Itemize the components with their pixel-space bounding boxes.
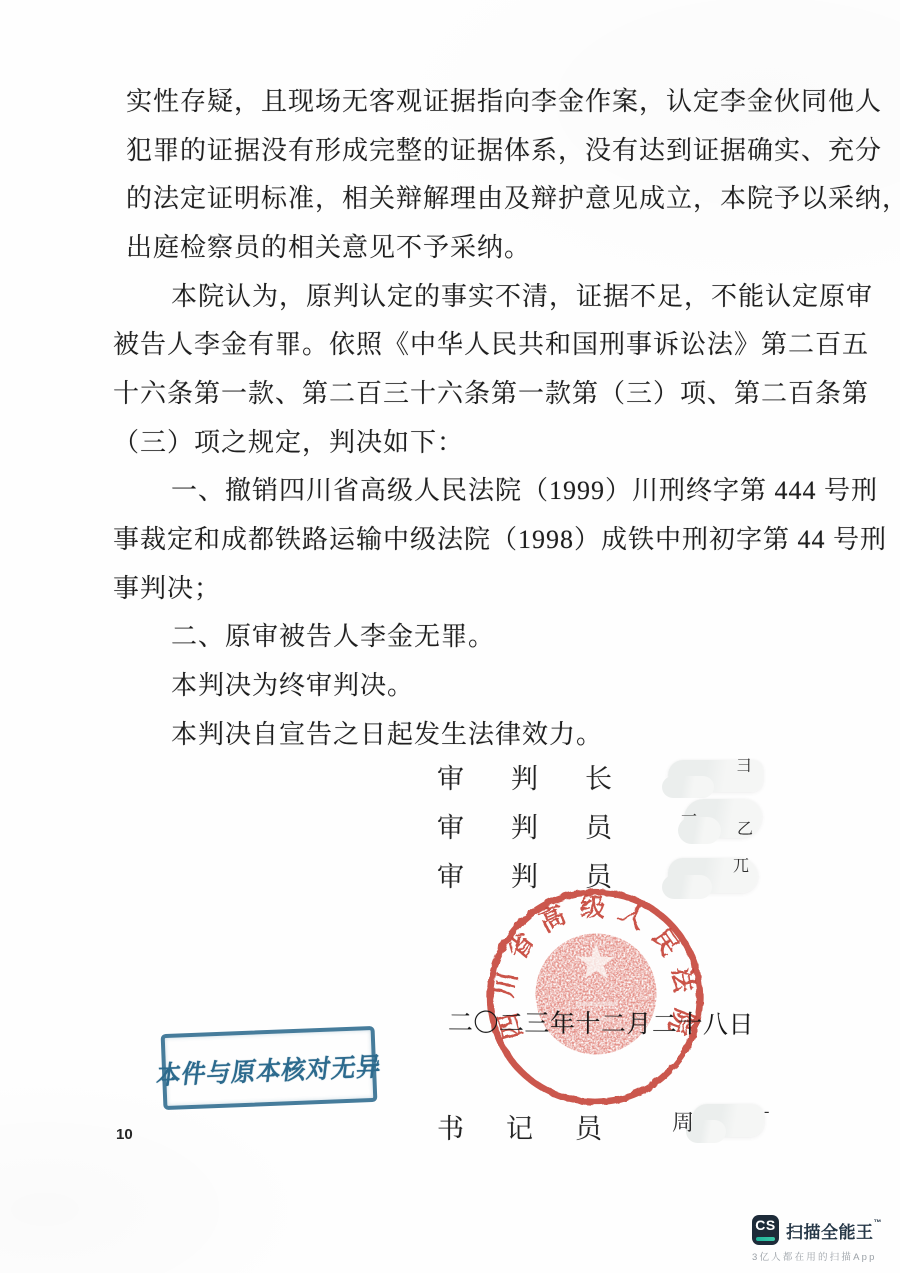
body-line: 十六条第一款、第二百三十六条第一款第（三）项、第二百条第 (113, 367, 873, 416)
verification-stamp: 本件与原本核对无异 (161, 1026, 378, 1110)
clerk-label: 书记员 (437, 1114, 644, 1144)
judgment-body-text: 实性存疑，且现场无客观证据指向李金作案，认定李金伙同他人 犯罪的证据没有形成完整… (113, 75, 873, 757)
body-line: 事裁定和成都铁路运输中级法院（1998）成铁中刑初字第 44 号刑 (113, 513, 873, 562)
body-line: 的法定证明标准，相关辩解理由及辩护意见成立，本院予以采纳， (126, 172, 873, 221)
presiding-judge-row: 审判长 (437, 757, 659, 796)
body-line: 被告人李金有罪。依照《中华人民共和国刑事诉讼法》第二百五 (113, 318, 873, 367)
redacted-stroke-fragment: 一 (681, 804, 697, 827)
redacted-stroke-fragment: 周 (672, 1106, 694, 1137)
body-line: 二、原审被告人李金无罪。 (171, 611, 873, 660)
court-seal: 四川省高级人民法院 (479, 881, 711, 1113)
presiding-judge-label: 审判长 (437, 764, 659, 794)
body-line: （三）项之规定，判决如下： (113, 416, 873, 465)
redaction-box-clerk (692, 1104, 764, 1137)
body-line: 出庭检察员的相关意见不予采纳。 (126, 221, 873, 270)
redacted-stroke-fragment: 兀 (733, 853, 749, 876)
body-line: 实性存疑，且现场无客观证据指向李金作案，认定李金伙同他人 (126, 75, 873, 124)
redacted-stroke-fragment: - (764, 1103, 769, 1121)
redacted-stroke-fragment: 乙 (737, 816, 753, 839)
page-number: 10 (116, 1126, 133, 1143)
body-line: 犯罪的证据没有形成完整的证据体系，没有达到证据确实、充分 (126, 124, 873, 173)
body-line: 本判决自宣告之日起发生法律效力。 (171, 708, 873, 757)
body-line: 本判决为终审判决。 (171, 659, 873, 708)
trademark-symbol: ™ (874, 1218, 883, 1227)
redacted-stroke-fragment: 彐 (736, 753, 752, 776)
camscanner-logo-icon: CS (752, 1215, 779, 1245)
judge-label-1: 审判员 (437, 813, 659, 843)
camscanner-tagline: 3亿人都在用的扫描App (752, 1249, 882, 1263)
brand-text: 扫描全能王 (786, 1223, 874, 1242)
camscanner-badge-text: CS (755, 1215, 775, 1235)
judge-row-1: 审判员 (437, 806, 659, 845)
camscanner-brand-name: 扫描全能王™ (786, 1218, 882, 1243)
verification-stamp-text: 本件与原本核对无异 (154, 1045, 383, 1091)
body-line: 一、撤销四川省高级人民法院（1999）川刑终字第 444 号刑 (171, 465, 873, 514)
camscanner-watermark: CS 扫描全能王™ 3亿人都在用的扫描App (752, 1215, 882, 1265)
scanned-judgment-page: 实性存疑，且现场无客观证据指向李金作案，认定李金伙同他人 犯罪的证据没有形成完整… (0, 0, 900, 1273)
body-line: 本院认为，原判认定的事实不清，证据不足，不能认定原审 (171, 270, 873, 319)
body-line: 事判决； (113, 562, 873, 611)
judgment-date: 二〇二三年十二月二十八日 (448, 1003, 754, 1041)
